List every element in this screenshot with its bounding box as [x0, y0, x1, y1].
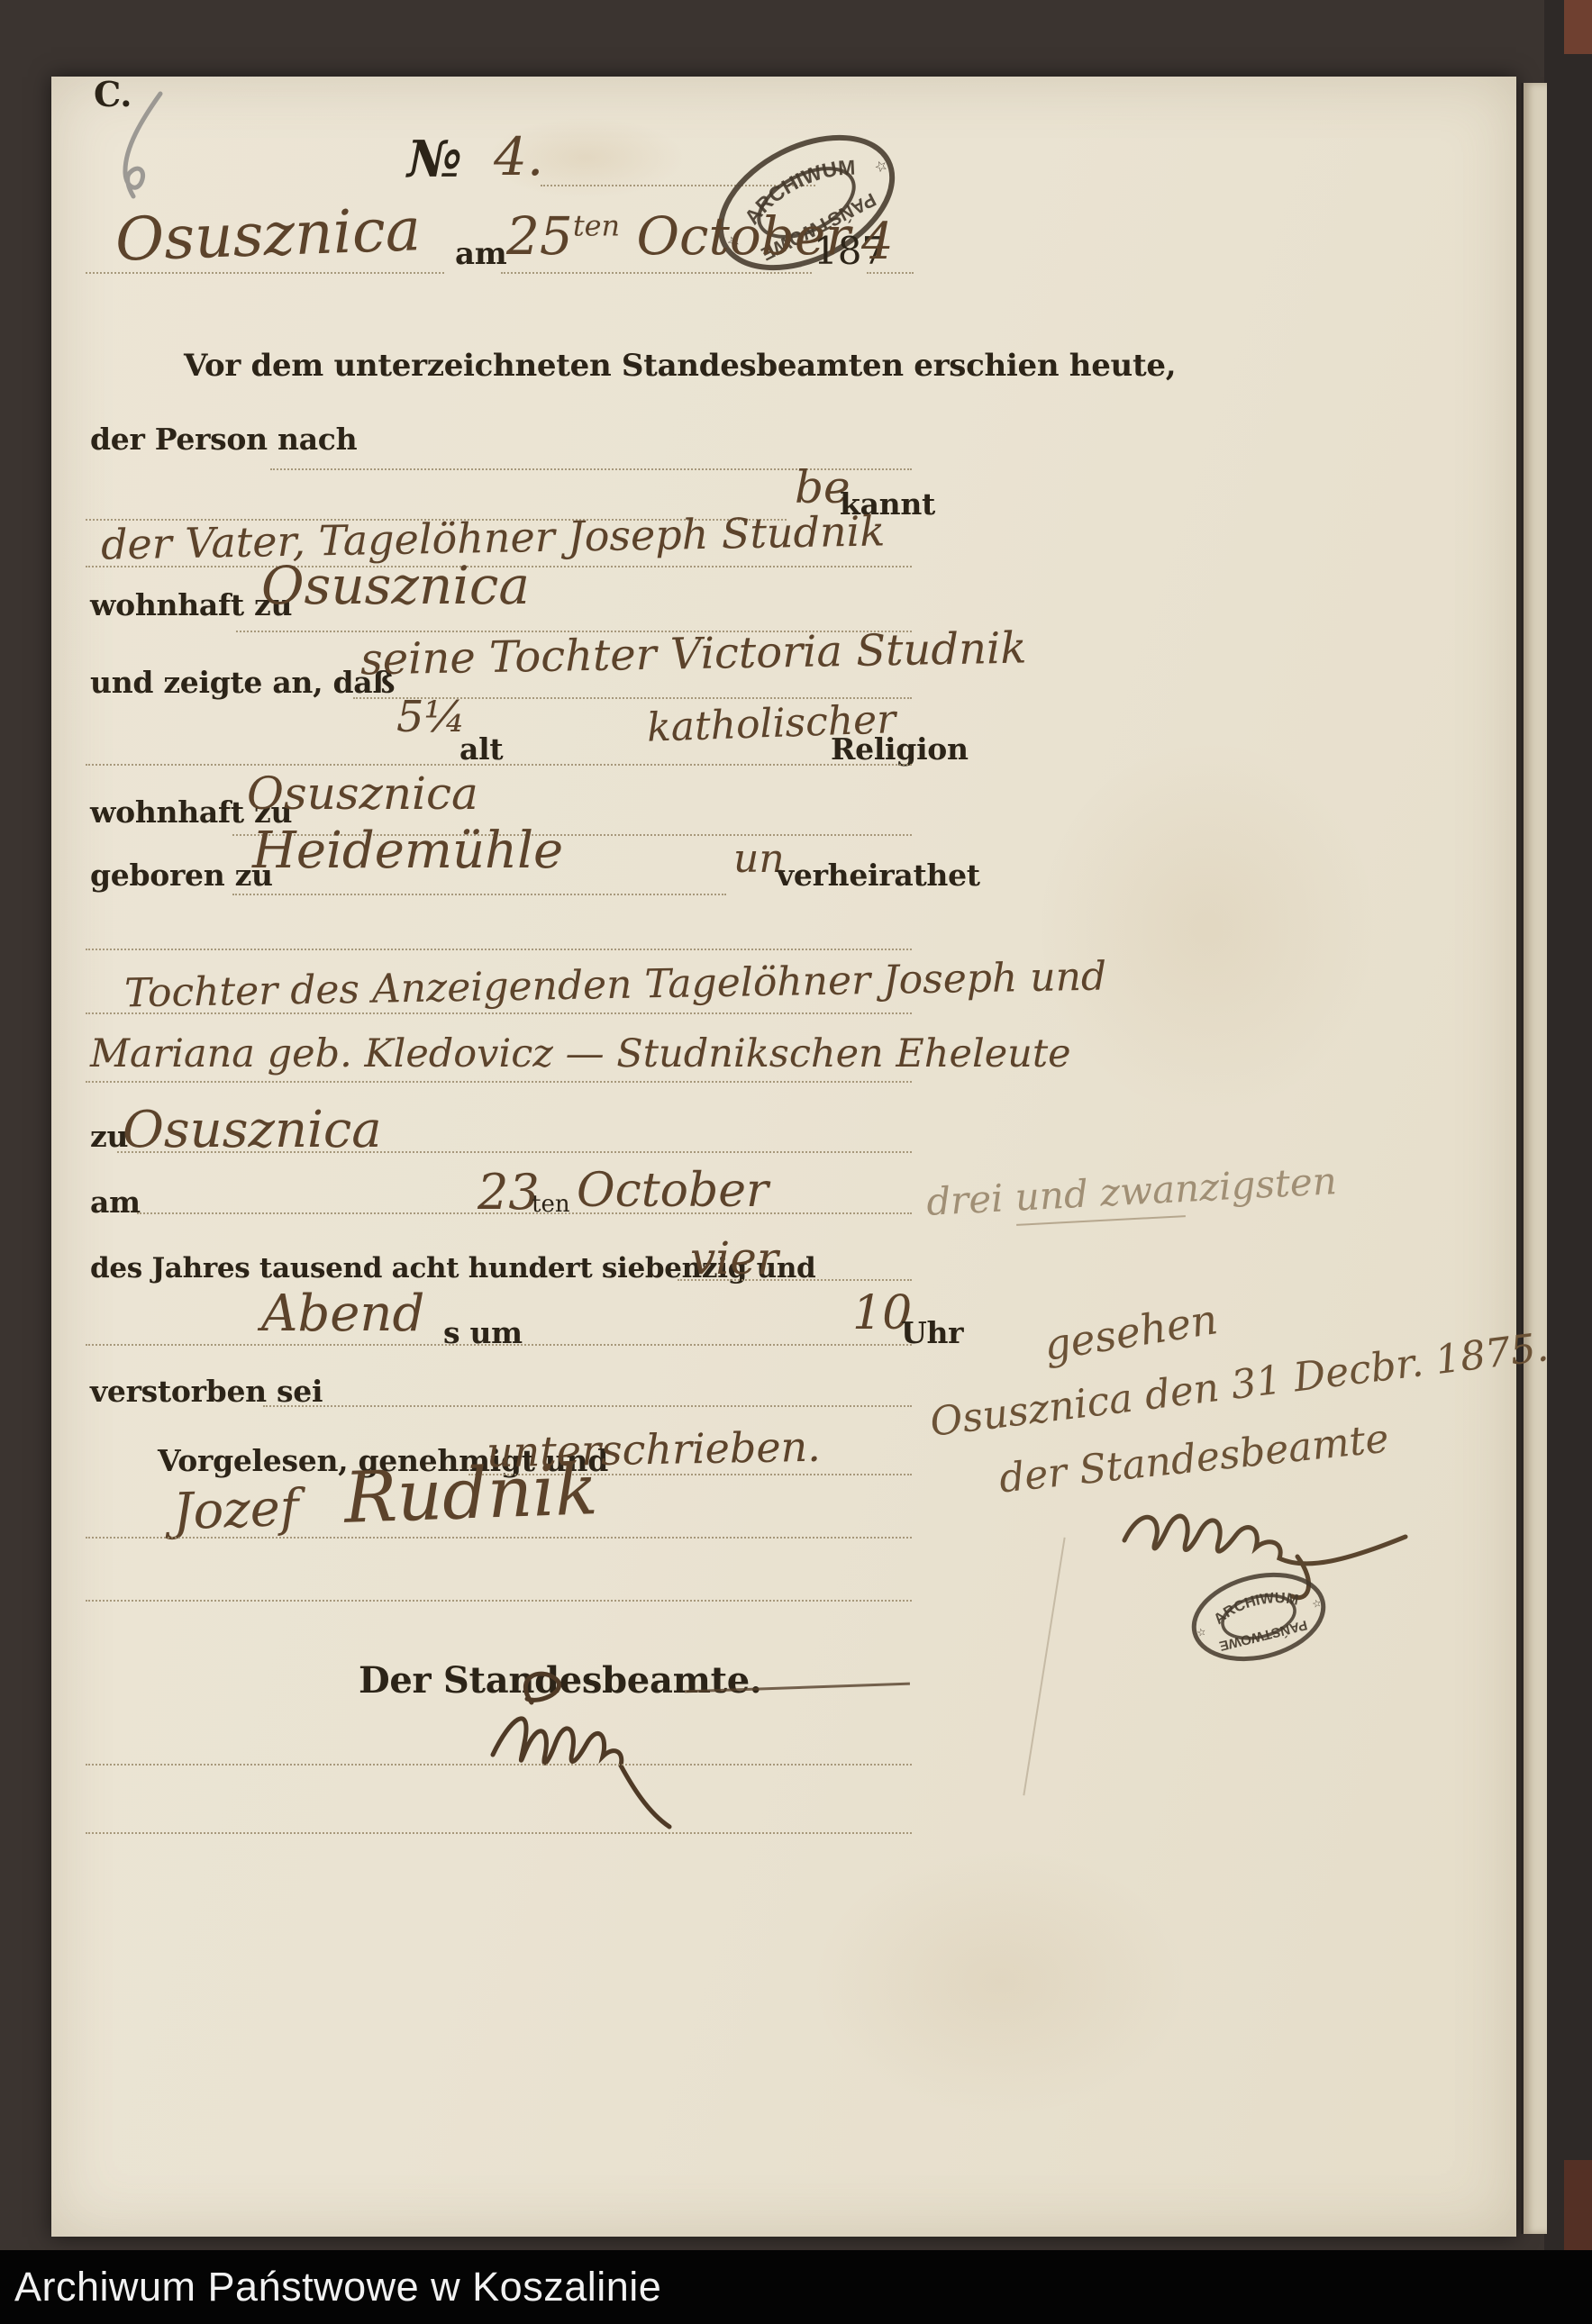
rule: [86, 1832, 912, 1834]
alt-label: alt: [459, 731, 503, 767]
rule: [86, 1012, 912, 1014]
religion-label: Religion: [831, 731, 969, 767]
age-written: 5¼: [396, 692, 466, 742]
record-day-suffix: ten: [573, 209, 620, 243]
number-sign: №: [407, 130, 462, 189]
parents-line-2: Mariana geb. Kledovicz — Studnikschen Eh…: [90, 1031, 1071, 1076]
record-day: 25ten October: [506, 205, 851, 267]
rule: [86, 1344, 912, 1346]
am-label: am: [455, 236, 506, 272]
archive-caption-text: Archiwum Państwowe w Koszalinie: [14, 2264, 661, 2310]
rule: [86, 1081, 912, 1083]
rule: [232, 894, 726, 895]
year-word-written: vier: [690, 1232, 778, 1285]
rule: [137, 1212, 912, 1214]
rule: [86, 764, 912, 766]
rule: [867, 272, 914, 274]
rule: [86, 949, 912, 950]
birthplace: Heidemühle: [252, 822, 563, 880]
rule: [501, 272, 812, 274]
archive-caption-bar: Archiwum Państwowe w Koszalinie: [0, 2250, 1592, 2324]
declarant-signature-first: Jozef: [172, 1479, 300, 1542]
death-am-label: am: [90, 1185, 141, 1220]
rule: [117, 1151, 912, 1153]
pencil-mark: [101, 88, 178, 202]
rule: [263, 1405, 912, 1407]
verheirathet-label: verheirathet: [777, 858, 980, 893]
next-page-edge: [1521, 83, 1547, 2234]
record-day-number: 25: [506, 205, 573, 267]
book-spine: [1544, 0, 1592, 2324]
death-month: October: [577, 1164, 769, 1218]
residence-2: Osusznica: [247, 767, 478, 820]
registrar-signature: [455, 1668, 716, 1830]
rule: [86, 272, 444, 274]
residence-1: Osusznica: [261, 555, 530, 616]
binding-accent-top: [1564, 0, 1592, 54]
geboren-label: geboren zu: [90, 858, 273, 893]
year-written: 4: [861, 213, 894, 271]
person-nach-label: der Person nach: [90, 422, 357, 457]
rule: [86, 1764, 912, 1766]
declarant-signature-last: Rudnik: [343, 1449, 599, 1539]
binding-accent-bottom: [1564, 2160, 1592, 2250]
zeigte-label: und zeigte an, daß: [90, 665, 395, 700]
record-place: Osusznica: [114, 195, 423, 275]
number-value: 4.: [494, 126, 543, 187]
rule: [86, 1537, 912, 1539]
intro-line: Vor dem unterzeichneten Standesbeamten e…: [184, 348, 1176, 384]
verstorben-label: verstorben sei: [90, 1374, 323, 1409]
time-written: Abend: [261, 1285, 424, 1343]
rule: [678, 1279, 912, 1281]
rule: [86, 1600, 912, 1602]
